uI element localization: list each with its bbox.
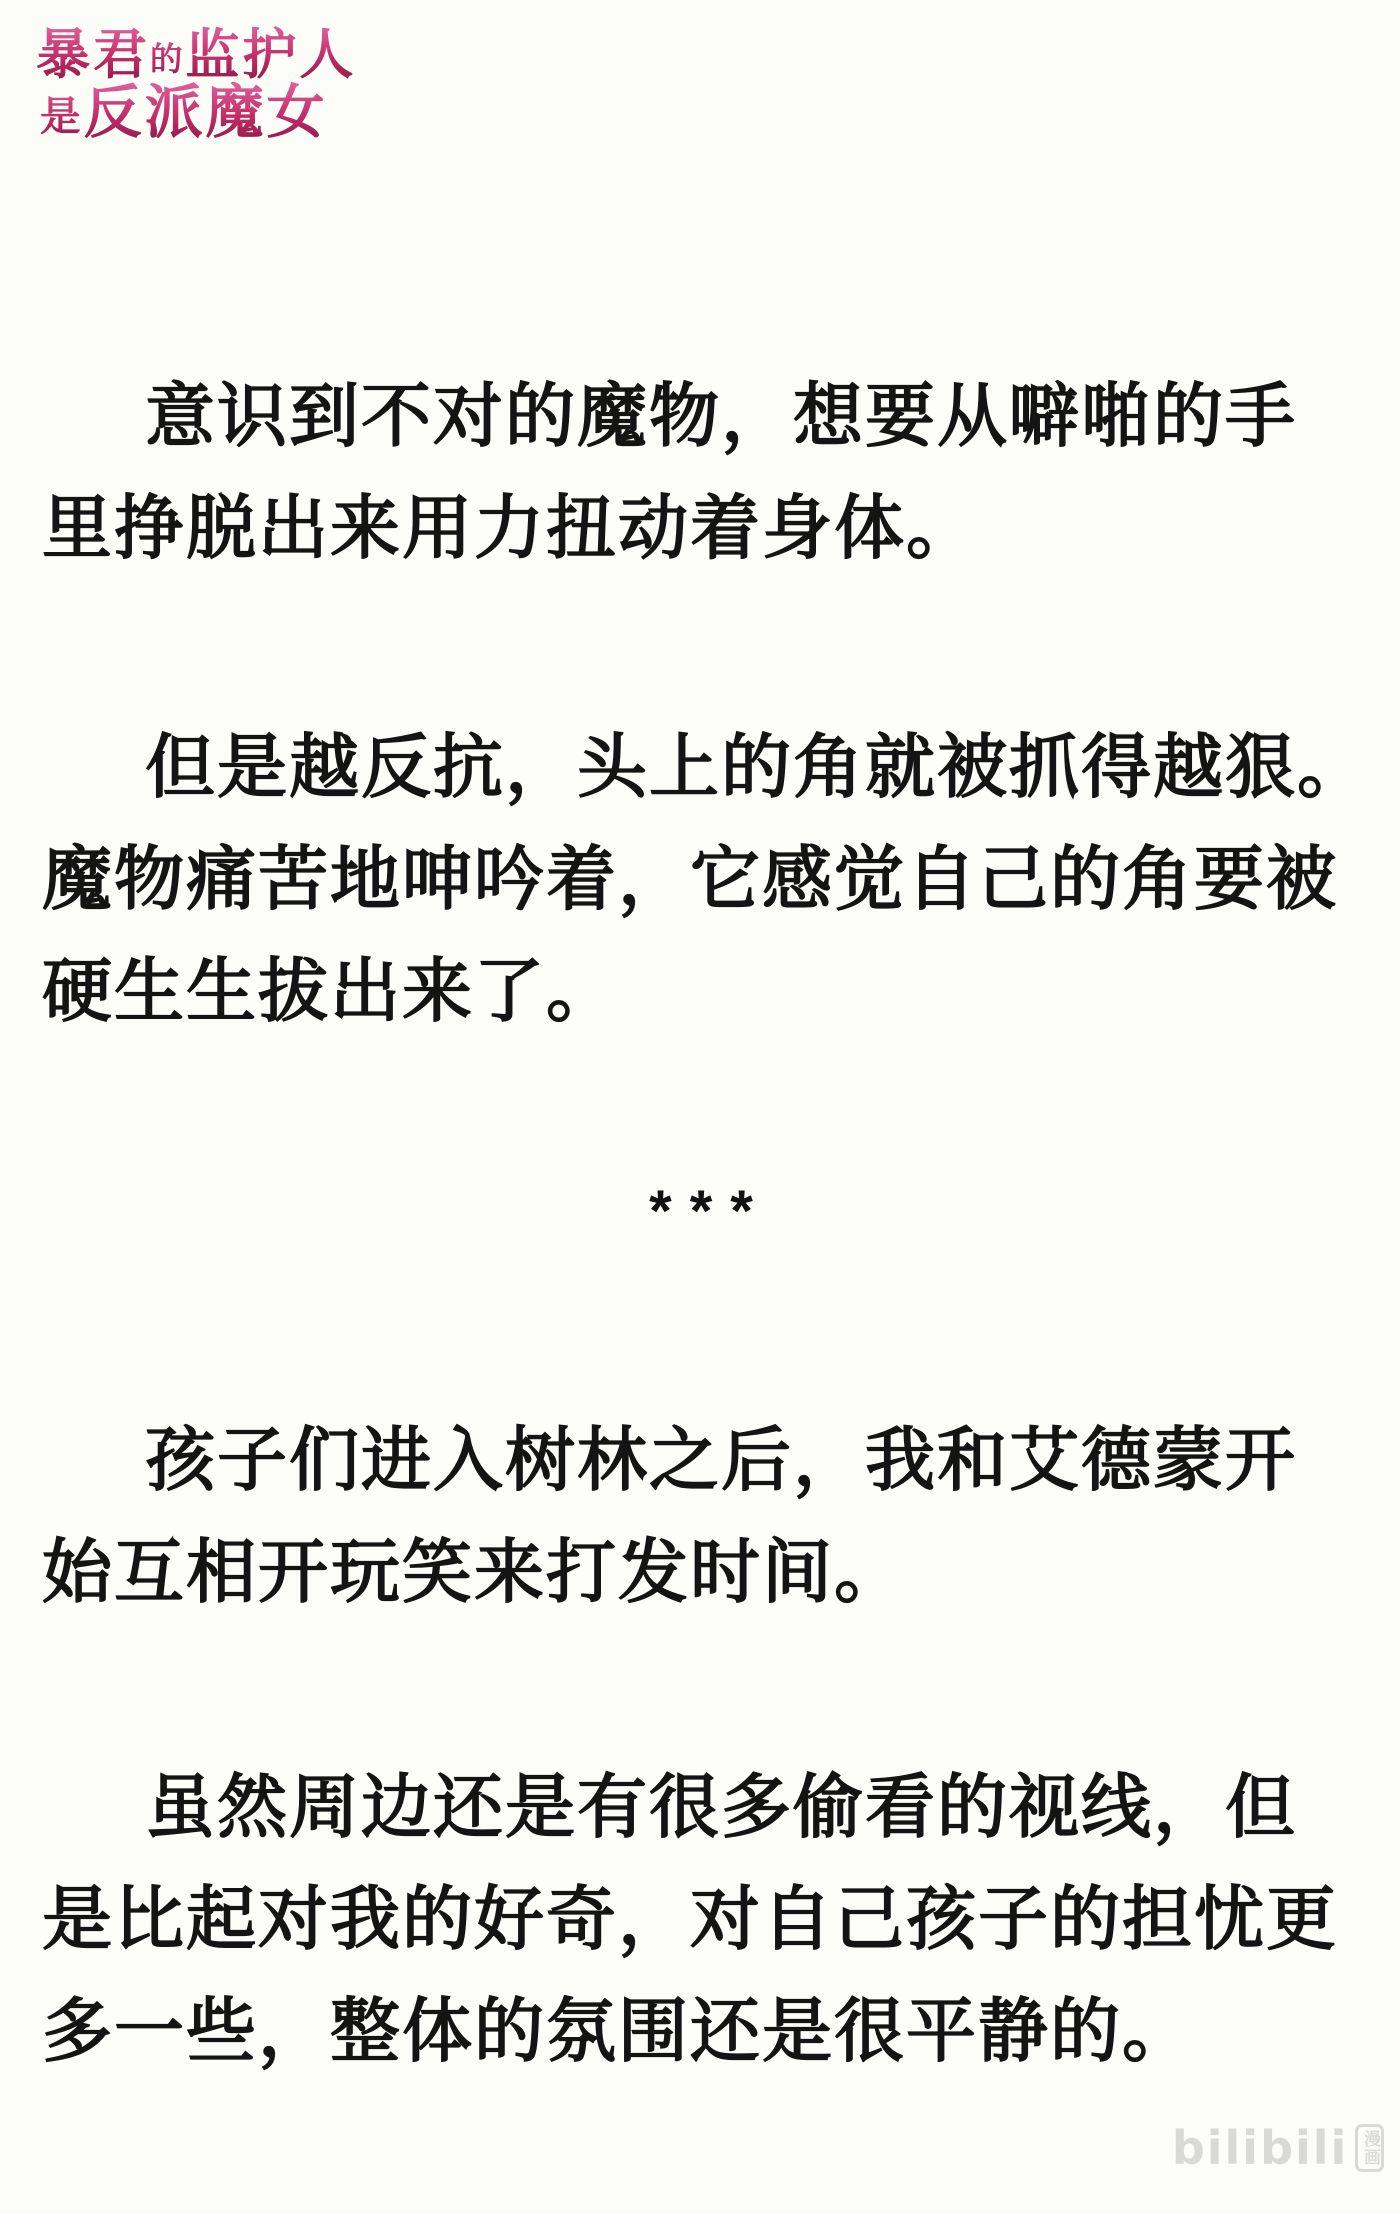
text-line: 但是越反抗，头上的角就被抓得越狠。 — [42, 711, 1360, 823]
text-line: 是比起对我的好奇，对自己孩子的担忧更 — [42, 1863, 1360, 1975]
bilibili-logo-text: bilibili — [1172, 2125, 1348, 2171]
paragraph-3: 孩子们进入树林之后，我和艾德蒙开 始互相开玩笑来打发时间。 — [42, 1404, 1360, 1628]
section-divider: *** — [42, 1156, 1360, 1268]
text-line: 虽然周边还是有很多偷看的视线，但 — [42, 1751, 1360, 1863]
text-line: 始互相开玩笑来打发时间。 — [42, 1516, 1360, 1628]
text-line: 里挣脱出来用力扭动着身体。 — [42, 472, 1360, 584]
bilibili-watermark: bilibili 漫画 — [1172, 2124, 1384, 2172]
manhua-badge: 漫画 — [1355, 2124, 1384, 2172]
paragraph-2: 但是越反抗，头上的角就被抓得越狠。 魔物痛苦地呻吟着，它感觉自己的角要被 硬生生… — [42, 711, 1360, 1047]
text-line: 意识到不对的魔物，想要从噼啪的手 — [42, 360, 1360, 472]
text-line: 硬生生拔出来了。 — [42, 935, 1360, 1047]
text-line: 孩子们进入树林之后，我和艾德蒙开 — [42, 1404, 1360, 1516]
chapter-text: 意识到不对的魔物，想要从噼啪的手 里挣脱出来用力扭动着身体。 但是越反抗，头上的… — [0, 0, 1400, 2087]
paragraph-4: 虽然周边还是有很多偷看的视线，但 是比起对我的好奇，对自己孩子的担忧更 多一些，… — [42, 1751, 1360, 2087]
text-line: 魔物痛苦地呻吟着，它感觉自己的角要被 — [42, 823, 1360, 935]
paragraph-1: 意识到不对的魔物，想要从噼啪的手 里挣脱出来用力扭动着身体。 — [42, 360, 1360, 584]
text-line: 多一些，整体的氛围还是很平静的。 — [42, 1975, 1360, 2087]
